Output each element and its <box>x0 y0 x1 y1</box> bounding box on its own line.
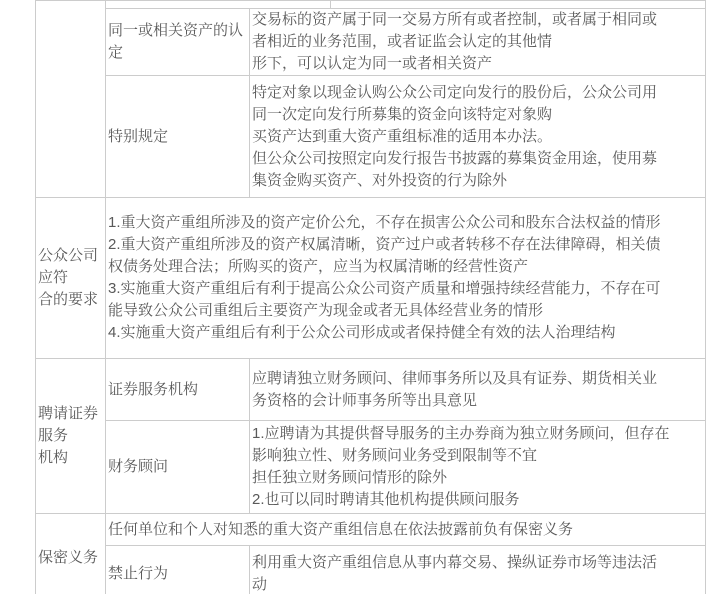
content-public-company-requirements: 1.重大资产重组所涉及的资产定价公允，不存在损害公众公司和股东合法权益的情形 2… <box>106 198 706 359</box>
content-confidentiality-duty: 任何单位和个人对知悉的重大资产重组信息在依法披露前负有保密义务 <box>106 514 706 546</box>
subcategory-same-related-assets-label: 同一或相关资产的认 定 <box>106 9 250 76</box>
subcategory-financial-advisor-label: 财务顾问 <box>106 421 250 514</box>
content-same-related-assets: 交易标的资产属于同一交易方所有或者控制，或者属于相同或 者相近的业务范围，或者证… <box>250 9 706 76</box>
regulation-table: 同一或相关资产的认 定 交易标的资产属于同一交易方所有或者控制，或者属于相同或 … <box>35 0 706 594</box>
content-financial-advisor: 1.应聘请为其提供督导服务的主办券商为独立财务顾问，但存在 影响独立性、财务顾问… <box>250 421 706 514</box>
cutoff-cell-right <box>331 1 706 9</box>
subcategory-prohibited-acts-label: 禁止行为 <box>106 546 250 594</box>
row-prohibited-acts: 禁止行为 利用重大资产重组信息从事内幕交易、操纵证券市场等违法活 动 <box>36 546 706 594</box>
content-special-rules: 特定对象以现金认购公众公司定向发行的股份后，公众公司用 同一次定向发行所募集的资… <box>250 76 706 198</box>
page: 同一或相关资产的认 定 交易标的资产属于同一交易方所有或者控制，或者属于相同或 … <box>0 0 725 594</box>
content-prohibited-acts: 利用重大资产重组信息从事内幕交易、操纵证券市场等违法活 动 <box>250 546 706 594</box>
category-confidentiality: 保密义务 <box>36 514 106 594</box>
row-public-company-requirements: 公众公司 应符 合的要求 1.重大资产重组所涉及的资产定价公允，不存在损害公众公… <box>36 198 706 359</box>
row-securities-service-org: 聘请证券 服务 机构 证券服务机构 应聘请独立财务顾问、律师事务所以及具有证券、… <box>36 359 706 421</box>
cutoff-cell-left <box>106 1 331 9</box>
category-public-company-requirements: 公众公司 应符 合的要求 <box>36 198 106 359</box>
category-cell-cutoff <box>36 1 106 198</box>
row-special-rules: 特别规定 特定对象以现金认购公众公司定向发行的股份后，公众公司用 同一次定向发行… <box>36 76 706 198</box>
row-financial-advisor: 财务顾问 1.应聘请为其提供督导服务的主办券商为独立财务顾问，但存在 影响独立性… <box>36 421 706 514</box>
category-hire-securities-service: 聘请证券 服务 机构 <box>36 359 106 514</box>
content-securities-service-org: 应聘请独立财务顾问、律师事务所以及具有证券、期货相关业 务资格的会计师事务所等出… <box>250 359 706 421</box>
cutoff-row <box>36 1 706 9</box>
row-same-related-assets: 同一或相关资产的认 定 交易标的资产属于同一交易方所有或者控制，或者属于相同或 … <box>36 9 706 76</box>
row-confidentiality-duty: 保密义务 任何单位和个人对知悉的重大资产重组信息在依法披露前负有保密义务 <box>36 514 706 546</box>
subcategory-special-rules-label: 特别规定 <box>106 76 250 198</box>
subcategory-securities-service-org-label: 证券服务机构 <box>106 359 250 421</box>
